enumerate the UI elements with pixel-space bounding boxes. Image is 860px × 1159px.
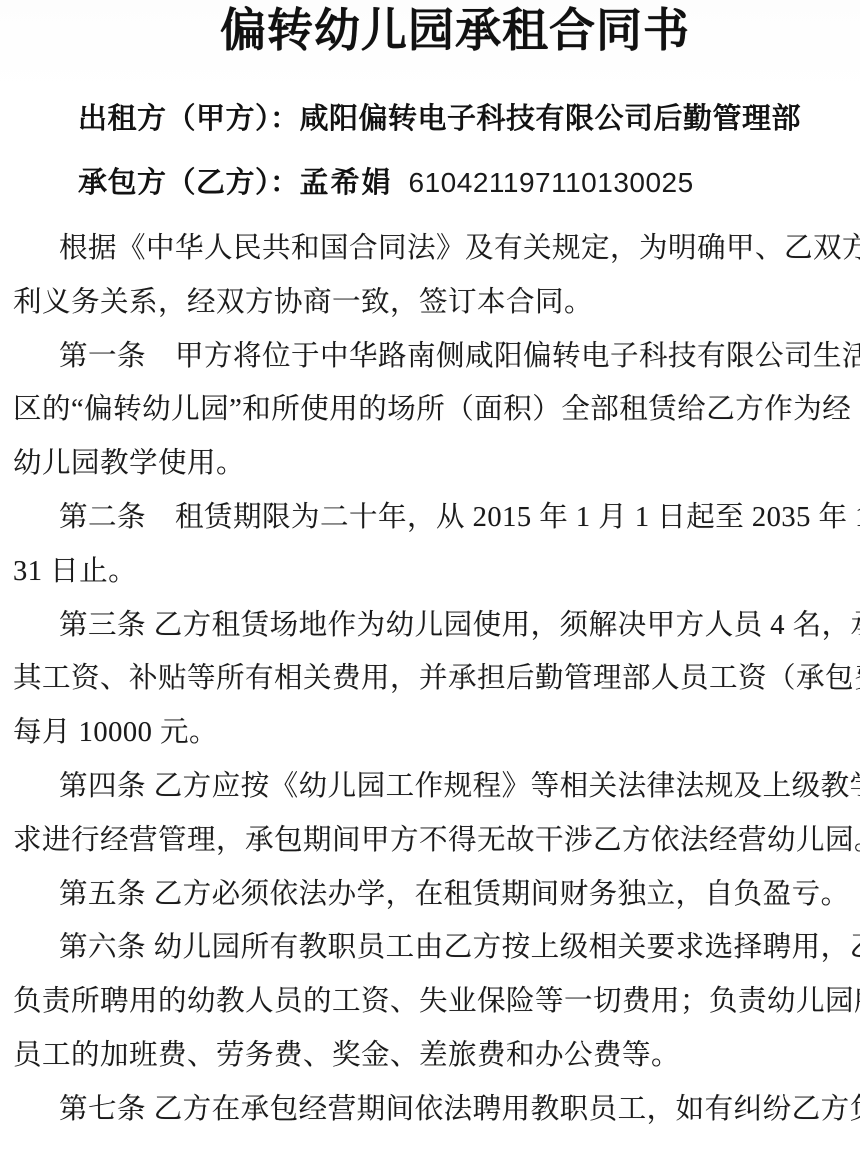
lessor-line: 出租方（甲方）：咸阳偏转电子科技有限公司后勤管理部 [78,96,801,137]
body-line: 根据《中华人民共和国合同法》及有关规定，为明确甲、乙双方的 [13,222,860,276]
body-line: 其工资、补贴等所有相关费用，并承担后勤管理部人员工资（承包费 [13,652,860,706]
body-line: 每月 10000 元。 [13,706,860,760]
body-line: 第六条 幼儿园所有教职员工由乙方按上级相关要求选择聘用，乙 [13,921,860,975]
document-title: 偏转幼儿园承租合同书 [220,2,690,60]
lessor-value: 咸阳偏转电子科技有限公司后勤管理部 [300,103,802,135]
lessee-name: 孟希娟 [300,167,393,199]
lessee-label: 承包方（乙方）： [78,167,300,199]
body-line: 第五条 乙方必须依法办学，在租赁期间财务独立，自负盈亏。 [13,868,860,922]
body-line: 负责所聘用的幼教人员的工资、失业保险等一切费用；负责幼儿园所 [13,975,860,1029]
body-line: 员工的加班费、劳务费、奖金、差旅费和办公费等。 [13,1029,860,1083]
contract-body: 根据《中华人民共和国合同法》及有关规定，为明确甲、乙双方的 利义务关系，经双方协… [13,222,860,1137]
body-line: 幼儿园教学使用。 [13,437,860,491]
body-line: 第七条 乙方在承包经营期间依法聘用教职员工，如有纠纷乙方负 [13,1083,860,1137]
body-line: 求进行经营管理，承包期间甲方不得无故干涉乙方依法经营幼儿园。 [13,814,860,868]
lessee-id-number: 610421197110130025 [409,167,694,198]
body-line: 第三条 乙方租赁场地作为幼儿园使用，须解决甲方人员 4 名，承 [13,599,860,653]
contract-page: 偏转幼儿园承租合同书 出租方（甲方）：咸阳偏转电子科技有限公司后勤管理部 承包方… [0,0,860,1159]
body-line: 第一条 甲方将位于中华路南侧咸阳偏转电子科技有限公司生活 [13,330,860,384]
lessee-line: 承包方（乙方）：孟希娟610421197110130025 [78,160,694,201]
body-line: 利义务关系，经双方协商一致，签订本合同。 [13,276,860,330]
body-line: 31 日止。 [13,545,860,599]
lessor-label: 出租方（甲方）： [78,103,300,135]
body-line: 第二条 租赁期限为二十年，从 2015 年 1 月 1 日起至 2035 年 1… [13,491,860,545]
body-line: 区的“偏转幼儿园”和所使用的场所（面积）全部租赁给乙方作为经 [13,383,860,437]
body-line: 第四条 乙方应按《幼儿园工作规程》等相关法律法规及上级教学 [13,760,860,814]
